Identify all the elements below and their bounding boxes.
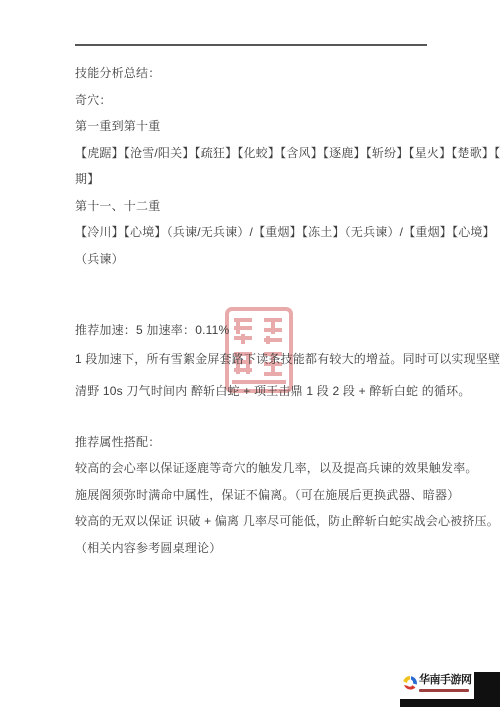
site-logo-tagline: [419, 689, 469, 692]
text-line: 较高的无双以保证 识破 + 偏离 几率尽可能低，防止醉斩白蛇实战会心被挤压。: [75, 508, 440, 535]
text-line: 第十一、十二重: [75, 193, 440, 220]
top-divider: [75, 44, 427, 46]
text-line: （相关内容参考圆桌理论）: [75, 535, 440, 562]
text-line: 推荐属性搭配：: [75, 429, 440, 456]
site-logo-tile: 华南手游网: [400, 672, 474, 699]
text-line: （兵谏）: [75, 246, 440, 273]
site-logo-text: 华南手游网: [419, 674, 472, 687]
text-line: 施展阁须弥时满命中属性，保证不偏离。（可在施展后更换武器、暗器）: [75, 482, 440, 509]
text-line: 期】: [75, 166, 440, 193]
text-line: 【虎踞】【沧雪/阳关】【疏狂】【化蛟】【含风】【逐鹿】【斩纷】【星火】【楚歌】【…: [75, 140, 440, 167]
text-line: 清野 10s 刀气时间内 醉斩白蛇 + 项王击鼎 1 段 2 段 + 醉斩白蛇 …: [75, 378, 440, 405]
article-text: 技能分析总结： 奇穴： 第一重到第十重 【虎踞】【沧雪/阳关】【疏狂】【化蛟】【…: [75, 60, 440, 561]
text-line: 第一重到第十重: [75, 113, 440, 140]
text-line: 技能分析总结：: [75, 60, 440, 87]
site-logo-swirl-icon: [402, 675, 418, 691]
article-page: 技能分析总结： 奇穴： 第一重到第十重 【虎踞】【沧雪/阳关】【疏狂】【化蛟】【…: [0, 0, 500, 707]
text-line: 【冷川】【心境】（兵谏/无兵谏）/【重烟】【冻土】（无兵谏）/【重烟】【心境】: [75, 219, 440, 246]
site-logo: 华南手游网: [400, 672, 500, 707]
text-line: 推荐加速：5 加速率：0.11%: [75, 317, 440, 344]
text-line: 1 段加速下，所有雪絮金屏套路下读条技能都有较大的增益。同时可以实现坚壁: [75, 346, 440, 373]
text-line: 奇穴：: [75, 87, 440, 114]
text-line: 较高的会心率以保证逐鹿等奇穴的触发几率，以及提高兵谏的效果触发率。: [75, 455, 440, 482]
